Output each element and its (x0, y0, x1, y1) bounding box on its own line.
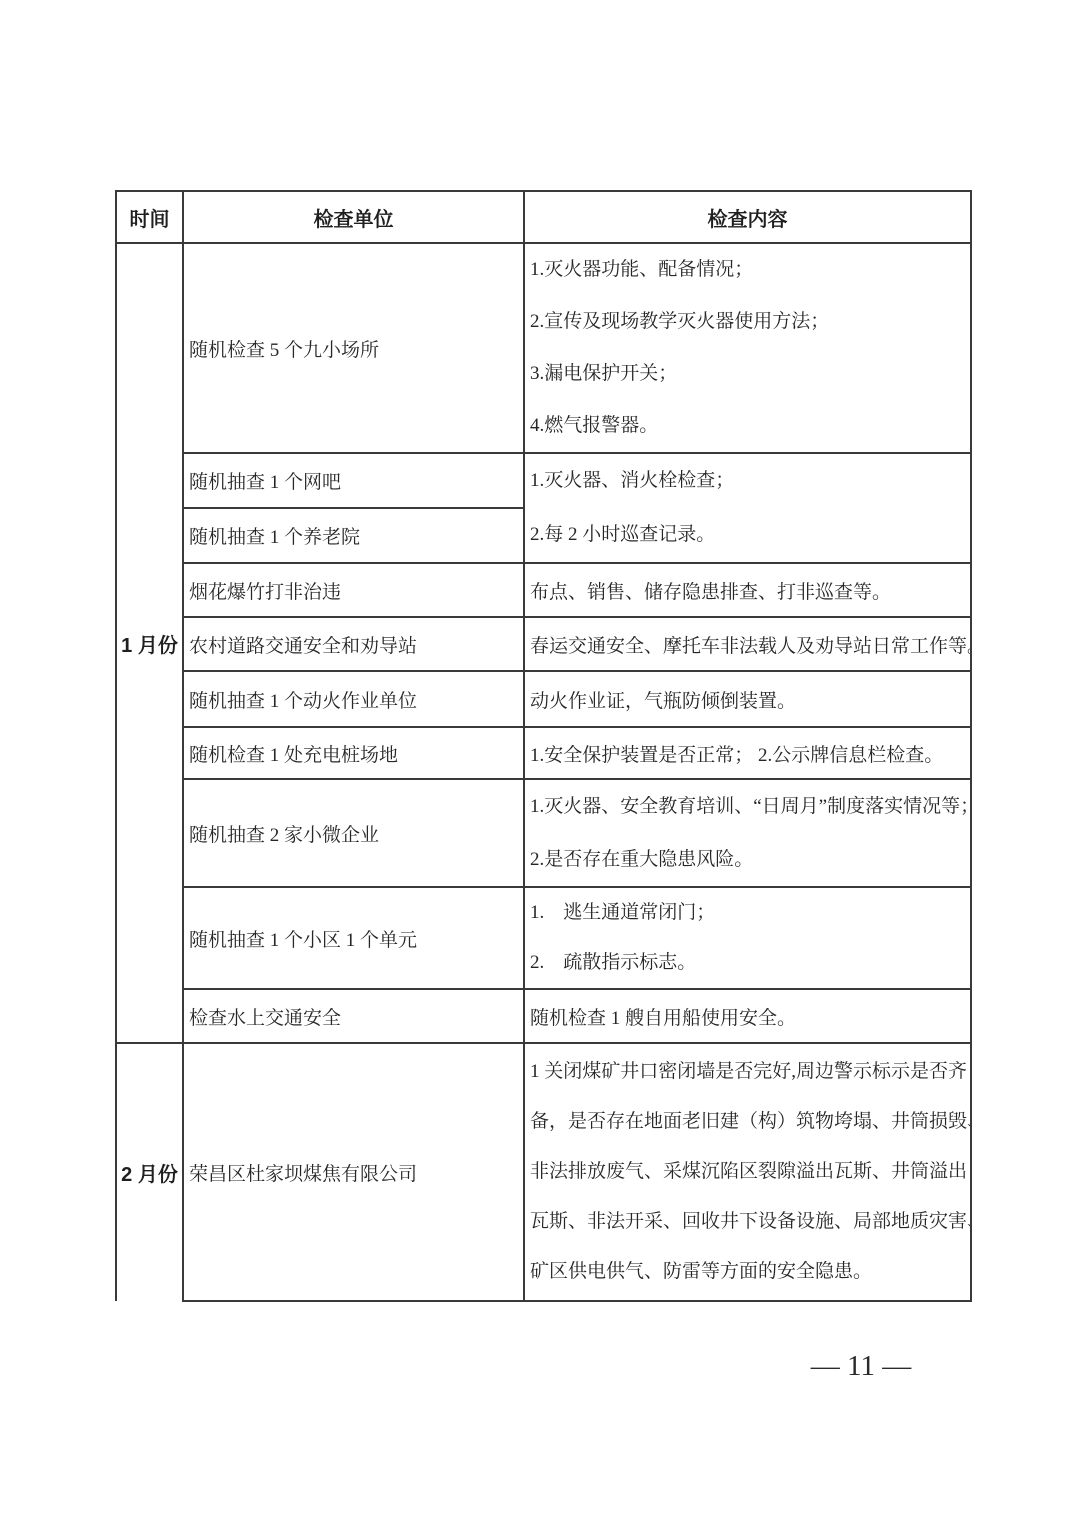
content-cell: 1.灭火器、安全教育培训、“日周月”制度落实情况等； 2.是否存在重大隐患风险。 (524, 779, 971, 887)
month-label-january: 1 月份 (116, 243, 183, 1043)
month-label-february: 2 月份 (116, 1043, 183, 1301)
unit-cell: 随机抽查 1 个网吧 (183, 453, 524, 508)
unit-cell: 随机抽查 1 个动火作业单位 (183, 671, 524, 727)
content-line: 1 关闭煤矿井口密闭墙是否完好,周边警示标示是否齐 (530, 1047, 968, 1097)
content-line: 1. 逃生通道常闭门； (530, 888, 968, 938)
content-cell: 1. 逃生通道常闭门； 2. 疏散指示标志。 (524, 887, 971, 989)
content-cell: 动火作业证，气瓶防倾倒装置。 (524, 671, 971, 727)
content-line: 1.安全保护装置是否正常； 2.公示牌信息栏检查。 (530, 740, 968, 767)
table-row: 1 月份 随机检查 5 个九小场所 1.灭火器功能、配备情况； 2.宣传及现场教… (116, 243, 971, 453)
unit-cell: 检查水上交通安全 (183, 989, 524, 1043)
content-line: 1.灭火器、安全教育培训、“日周月”制度落实情况等； (530, 780, 968, 833)
table-row: 2 月份 荣昌区杜家坝煤焦有限公司 1 关闭煤矿井口密闭墙是否完好,周边警示标示… (116, 1043, 971, 1301)
content-line: 春运交通安全、摩托车非法载人及劝导站日常工作等。 (530, 631, 968, 658)
content-line: 1.灭火器功能、配备情况； (530, 244, 968, 296)
table-row: 随机抽查 1 个网吧 1.灭火器、消火栓检查； 2.每 2 小时巡查记录。 (116, 453, 971, 508)
table-header-row: 时间 检查单位 检查内容 (116, 191, 971, 243)
content-cell: 春运交通安全、摩托车非法载人及劝导站日常工作等。 (524, 617, 971, 671)
unit-cell: 随机检查 1 处充电桩场地 (183, 727, 524, 779)
content-line: 动火作业证，气瓶防倾倒装置。 (530, 686, 968, 713)
table-row: 随机抽查 1 个动火作业单位 动火作业证，气瓶防倾倒装置。 (116, 671, 971, 727)
page-number: — 11 — (796, 1350, 926, 1383)
content-line: 2.宣传及现场教学灭火器使用方法； (530, 296, 968, 348)
unit-cell: 荣昌区杜家坝煤焦有限公司 (183, 1043, 524, 1301)
content-line: 3.漏电保护开关； (530, 348, 968, 400)
header-cell-content: 检查内容 (524, 191, 971, 243)
table-row: 农村道路交通安全和劝导站 春运交通安全、摩托车非法载人及劝导站日常工作等。 (116, 617, 971, 671)
content-cell: 1.安全保护装置是否正常； 2.公示牌信息栏检查。 (524, 727, 971, 779)
header-cell-time: 时间 (116, 191, 183, 243)
table-row: 检查水上交通安全 随机检查 1 艘自用船使用安全。 (116, 989, 971, 1043)
content-line: 4.燃气报警器。 (530, 400, 968, 452)
content-cell: 1 关闭煤矿井口密闭墙是否完好,周边警示标示是否齐 备，是否存在地面老旧建（构）… (524, 1043, 971, 1301)
unit-cell: 烟花爆竹打非治违 (183, 563, 524, 617)
content-line: 矿区供电供气、防雷等方面的安全隐患。 (530, 1247, 968, 1297)
content-cell: 1.灭火器、消火栓检查； 2.每 2 小时巡查记录。 (524, 453, 971, 563)
content-line: 备，是否存在地面老旧建（构）筑物垮塌、井筒损毁、 (530, 1097, 968, 1147)
content-line: 2.是否存在重大隐患风险。 (530, 833, 968, 886)
inspection-schedule-table: 时间 检查单位 检查内容 1 月份 随机检查 5 个九小场所 1.灭火器功能、配… (115, 190, 972, 1302)
header-cell-unit: 检查单位 (183, 191, 524, 243)
unit-cell: 随机抽查 1 个养老院 (183, 508, 524, 563)
content-line: 1.灭火器、消火栓检查； (530, 454, 968, 508)
unit-cell: 随机检查 5 个九小场所 (183, 243, 524, 453)
unit-cell: 农村道路交通安全和劝导站 (183, 617, 524, 671)
content-line: 2. 疏散指示标志。 (530, 938, 968, 988)
content-cell: 布点、销售、储存隐患排查、打非巡查等。 (524, 563, 971, 617)
unit-cell: 随机抽查 1 个小区 1 个单元 (183, 887, 524, 989)
document-page: 时间 检查单位 检查内容 1 月份 随机检查 5 个九小场所 1.灭火器功能、配… (0, 0, 1074, 1520)
content-line: 2.每 2 小时巡查记录。 (530, 508, 968, 562)
content-cell: 随机检查 1 艘自用船使用安全。 (524, 989, 971, 1043)
table-row: 烟花爆竹打非治违 布点、销售、储存隐患排查、打非巡查等。 (116, 563, 971, 617)
table-row: 随机抽查 2 家小微企业 1.灭火器、安全教育培训、“日周月”制度落实情况等； … (116, 779, 971, 887)
unit-cell: 随机抽查 2 家小微企业 (183, 779, 524, 887)
table-row: 随机抽查 1 个小区 1 个单元 1. 逃生通道常闭门； 2. 疏散指示标志。 (116, 887, 971, 989)
content-line: 非法排放废气、采煤沉陷区裂隙溢出瓦斯、井筒溢出 (530, 1147, 968, 1197)
content-cell: 1.灭火器功能、配备情况； 2.宣传及现场教学灭火器使用方法； 3.漏电保护开关… (524, 243, 971, 453)
content-line: 随机检查 1 艘自用船使用安全。 (530, 1003, 968, 1030)
table-row: 随机检查 1 处充电桩场地 1.安全保护装置是否正常； 2.公示牌信息栏检查。 (116, 727, 971, 779)
content-line: 布点、销售、储存隐患排查、打非巡查等。 (530, 577, 968, 604)
content-line: 瓦斯、非法开采、回收井下设备设施、局部地质灾害、 (530, 1197, 968, 1247)
